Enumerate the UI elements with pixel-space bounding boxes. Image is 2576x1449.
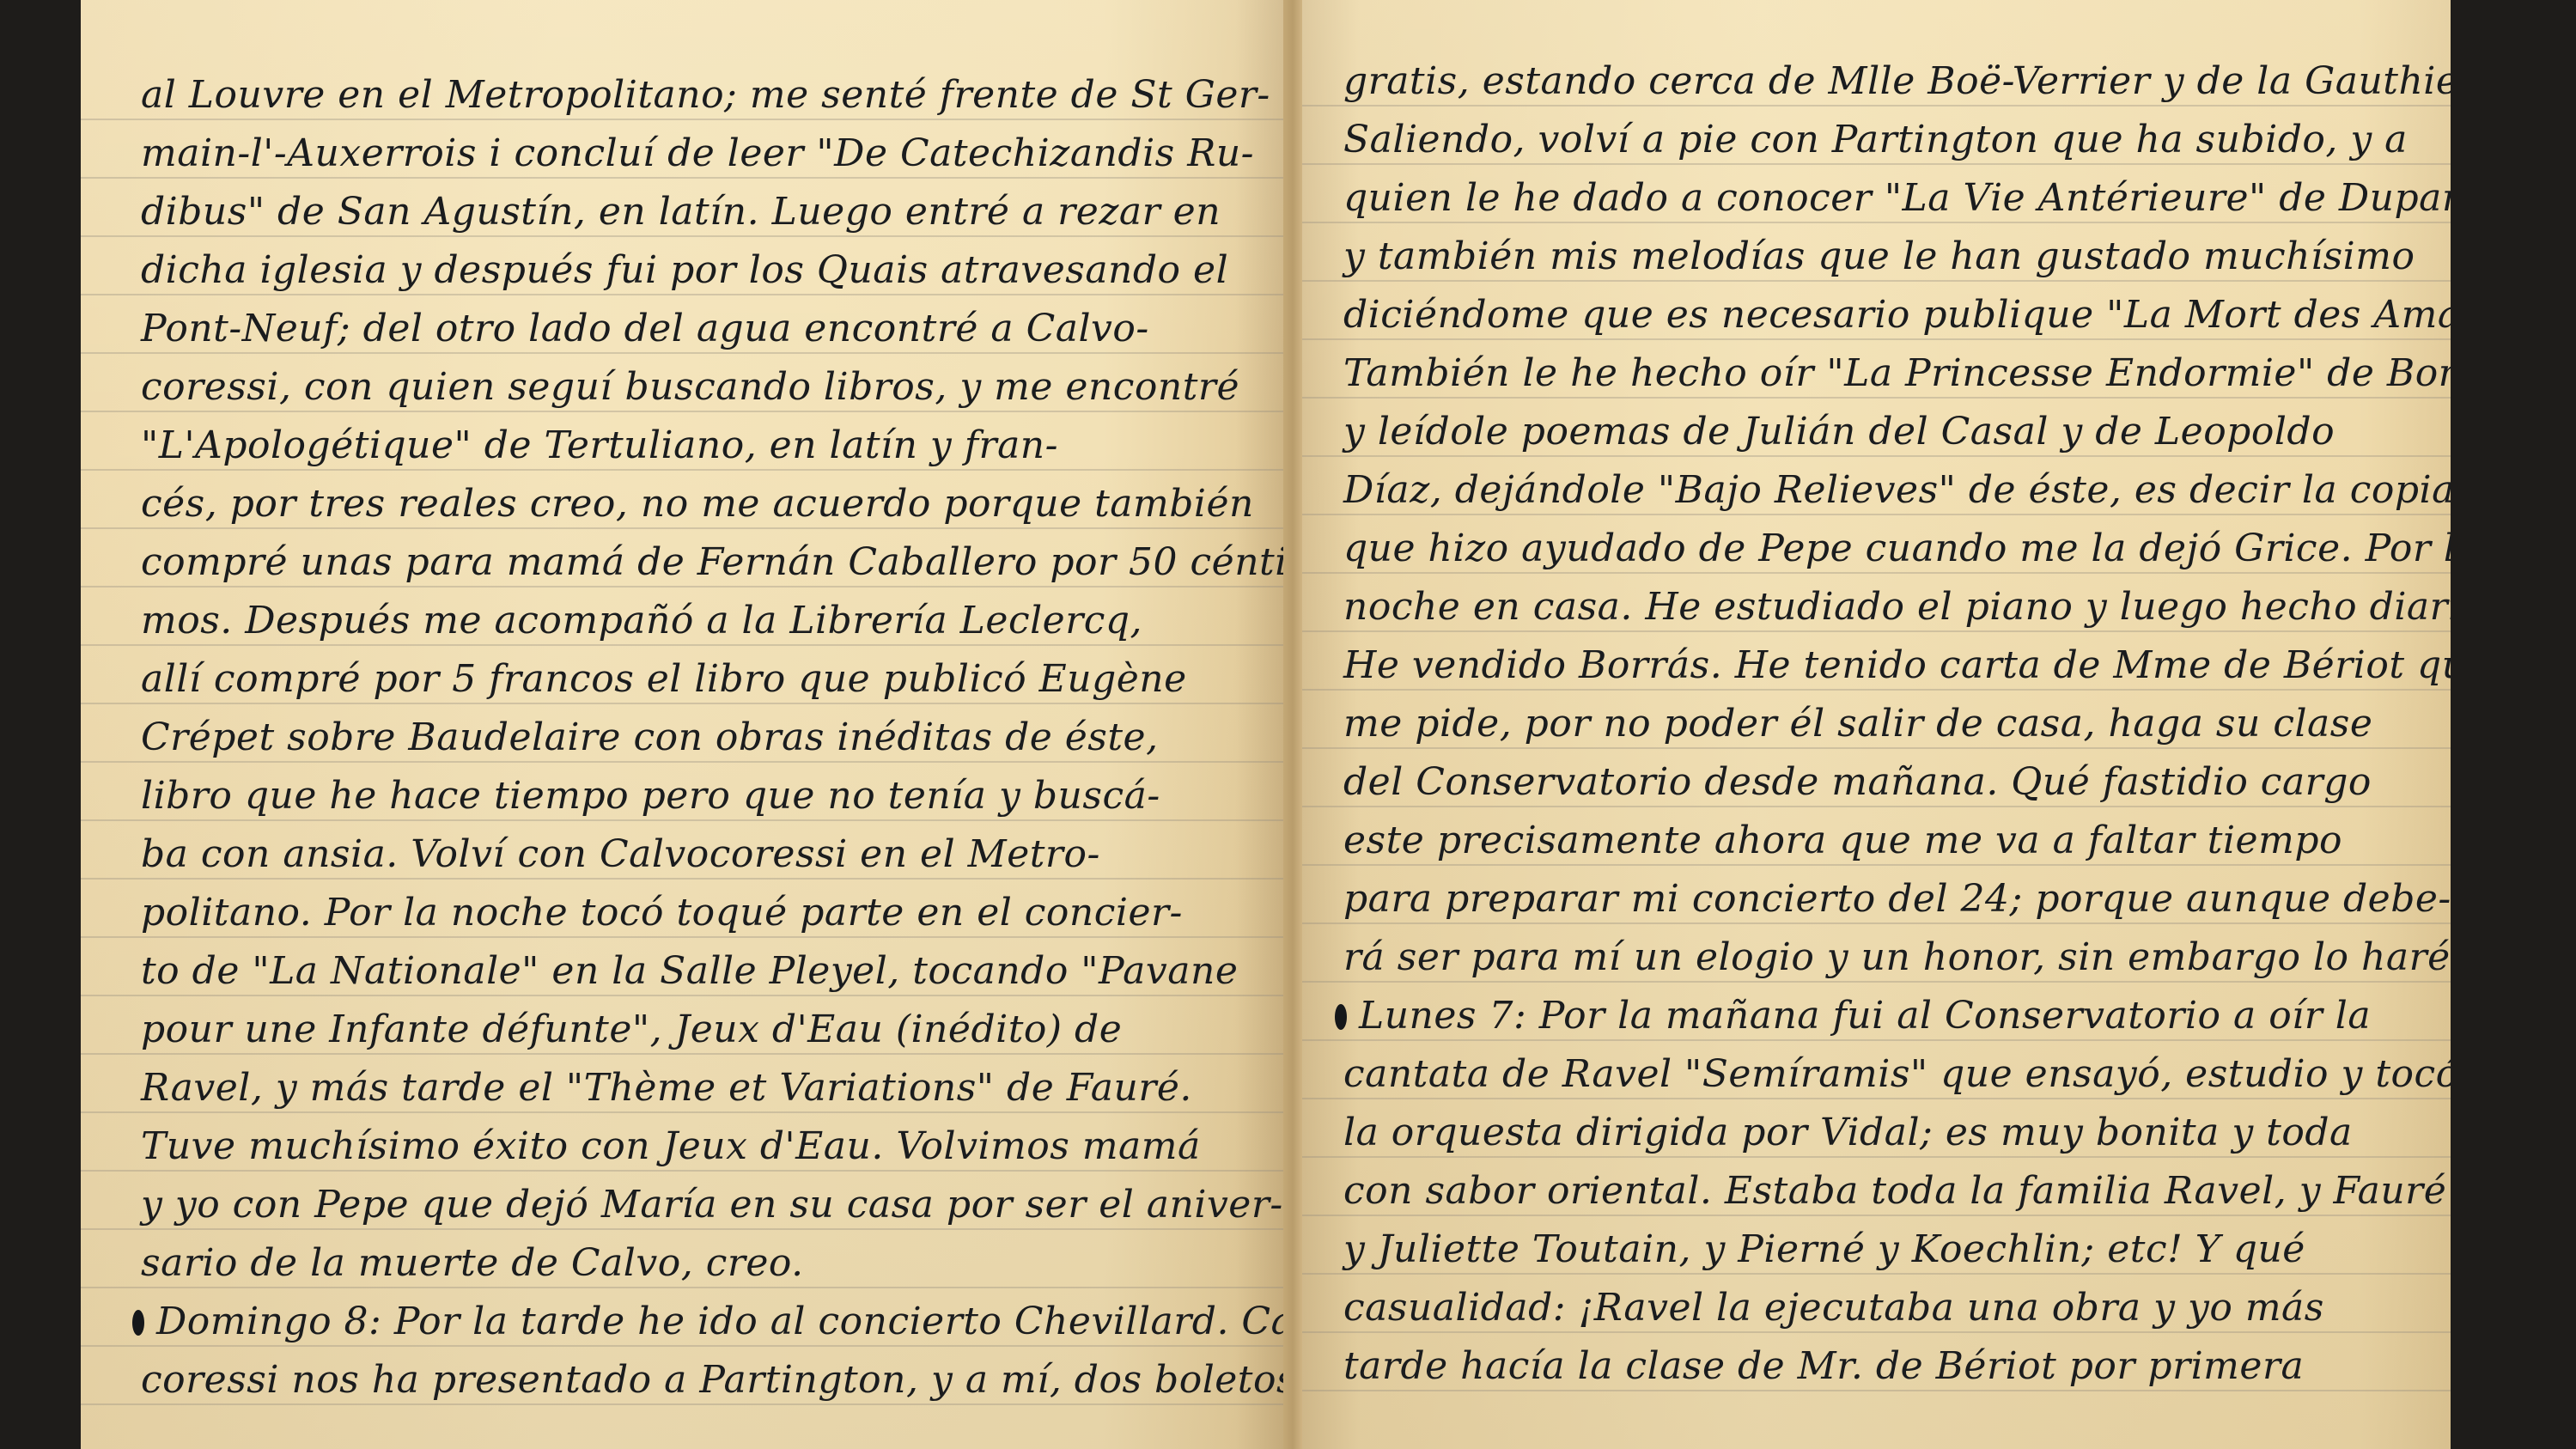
scan-border-right [2451, 0, 2576, 1449]
handwritten-line: ba con ansia. Volví con Calvocoressi en … [141, 826, 1266, 883]
scan-border-left [0, 0, 81, 1449]
handwritten-line: He vendido Borrás. He tenido carta de Mm… [1343, 637, 2443, 694]
handwritten-line: que hizo ayudado de Pepe cuando me la de… [1343, 521, 2443, 577]
book-gutter [1283, 0, 1302, 1449]
handwritten-line: coressi nos ha presentado a Partington, … [141, 1352, 1266, 1409]
handwritten-line: Saliendo, volví a pie con Partington que… [1343, 112, 2443, 168]
manuscript-scan: al Louvre en el Metropolitano; me senté … [0, 0, 2576, 1449]
handwritten-line: cantata de Ravel "Semíramis" que ensayó,… [1343, 1046, 2443, 1103]
handwritten-line: y yo con Pepe que dejó María en su casa … [141, 1177, 1266, 1233]
handwritten-line: "L'Apologétique" de Tertuliano, en latín… [141, 417, 1266, 474]
handwritten-line: compré unas para mamá de Fernán Caballer… [141, 534, 1266, 591]
handwritten-line: la orquesta dirigida por Vidal; es muy b… [1343, 1105, 2443, 1161]
handwritten-line: diciéndome que es necesario publique "La… [1343, 287, 2443, 344]
handwritten-line: casualidad: ¡Ravel la ejecutaba una obra… [1343, 1280, 2443, 1336]
handwritten-line: Ravel, y más tarde el "Thème et Variatio… [141, 1060, 1266, 1117]
entry-bullet-icon [1335, 1004, 1347, 1030]
diary-entry-line: Lunes 7: Por la mañana fui al Conservato… [1335, 988, 2434, 1044]
handwritten-line: quien le he dado a conocer "La Vie Antér… [1343, 170, 2443, 227]
handwritten-line: y también mis melodías que le han gustad… [1343, 228, 2443, 285]
handwritten-line: Lunes 7: Por la mañana fui al Conservato… [1359, 994, 2371, 1038]
handwritten-line: al Louvre en el Metropolitano; me senté … [141, 67, 1266, 124]
handwritten-line: pour une Infante défunte", Jeux d'Eau (i… [141, 1002, 1266, 1058]
handwritten-line: noche en casa. He estudiado el piano y l… [1343, 579, 2443, 636]
handwritten-line: cés, por tres reales creo, no me acuerdo… [141, 476, 1266, 533]
notebook-spread: al Louvre en el Metropolitano; me senté … [81, 0, 2451, 1449]
handwritten-line: dibus" de San Agustín, en latín. Luego e… [141, 184, 1266, 240]
handwritten-line: Tuve muchísimo éxito con Jeux d'Eau. Vol… [141, 1118, 1266, 1175]
handwritten-line: y leídole poemas de Julián del Casal y d… [1343, 404, 2443, 460]
handwritten-line: y Juliette Toutain, y Pierné y Koechlin;… [1343, 1221, 2443, 1278]
handwritten-line: con sabor oriental. Estaba toda la famil… [1343, 1163, 2443, 1220]
handwritten-line: Crépet sobre Baudelaire con obras inédit… [141, 709, 1266, 766]
handwritten-line: este precisamente ahora que me va a falt… [1343, 813, 2443, 869]
handwritten-line: rá ser para mí un elogio y un honor, sin… [1343, 929, 2443, 986]
handwritten-line: dicha iglesia y después fui por los Quai… [141, 242, 1266, 299]
handwritten-line: Pont-Neuf; del otro lado del agua encont… [141, 301, 1266, 357]
handwritten-line: main-l'-Auxerrois i concluí de leer "De … [141, 125, 1266, 182]
left-page: al Louvre en el Metropolitano; me senté … [81, 0, 1283, 1449]
handwritten-line: Domingo 8: Por la tarde he ido al concie… [156, 1300, 1283, 1343]
right-page: gratis, estando cerca de Mlle Boë-Verrie… [1302, 0, 2451, 1449]
handwritten-line: gratis, estando cerca de Mlle Boë-Verrie… [1343, 53, 2443, 110]
handwritten-line: tarde hacía la clase de Mr. de Bériot po… [1343, 1338, 2443, 1395]
handwritten-line: coressi, con quien seguí buscando libros… [141, 359, 1266, 416]
entry-bullet-icon [132, 1310, 144, 1336]
handwritten-line: to de "La Nationale" en la Salle Pleyel,… [141, 943, 1266, 1000]
handwritten-line: para preparar mi concierto del 24; porqu… [1343, 871, 2443, 928]
handwritten-line: del Conservatorio desde mañana. Qué fast… [1343, 754, 2443, 811]
handwritten-line: politano. Por la noche tocó toqué parte … [141, 885, 1266, 941]
handwritten-line: También le he hecho oír "La Princesse En… [1343, 345, 2443, 402]
handwritten-line: sario de la muerte de Calvo, creo. [141, 1235, 1266, 1292]
handwritten-line: me pide, por no poder él salir de casa, … [1343, 696, 2443, 752]
diary-entry-line: Domingo 8: Por la tarde he ido al concie… [132, 1294, 1258, 1350]
handwritten-line: libro que he hace tiempo pero que no ten… [141, 768, 1266, 825]
handwritten-line: mos. Después me acompañó a la Librería L… [141, 593, 1266, 649]
handwritten-line: Díaz, dejándole "Bajo Relieves" de éste,… [1343, 462, 2443, 519]
handwritten-line: allí compré por 5 francos el libro que p… [141, 651, 1266, 708]
